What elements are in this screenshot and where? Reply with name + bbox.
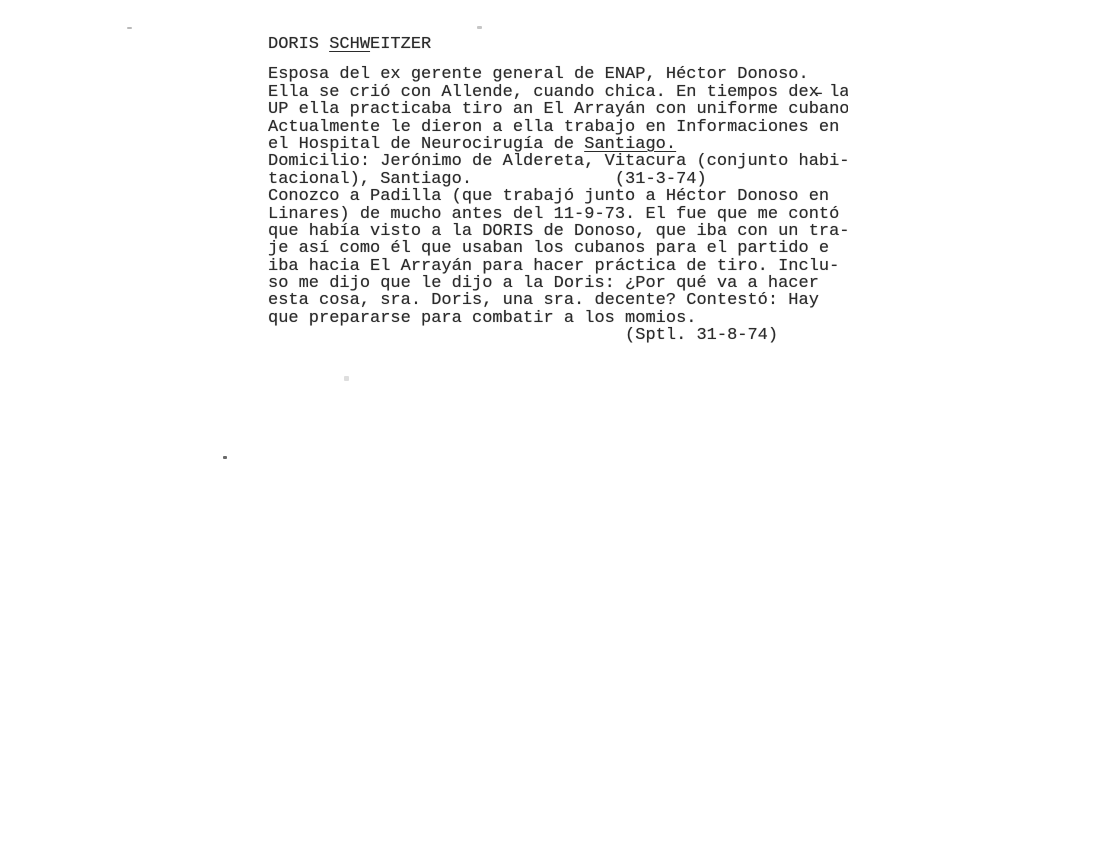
text-line: Actualmente le dieron a ella trabajo en … xyxy=(268,119,848,136)
text-line: iba hacia El Arrayán para hacer práctica… xyxy=(268,258,848,275)
title-text: DORIS xyxy=(268,36,329,54)
title-underlined-text: SCHW xyxy=(329,36,370,54)
text-line: Domicilio: Jerónimo de Aldereta, Vitacur… xyxy=(268,153,848,170)
text-line: je así como él que usaban los cubanos pa… xyxy=(268,240,848,257)
text-line: tacional), Santiago. (31-3-74) xyxy=(268,171,848,188)
text-line: Esposa del ex gerente general de ENAP, H… xyxy=(268,66,848,83)
scan-speck xyxy=(477,26,482,29)
text-segment: el Hospital de Neurocirugía de xyxy=(268,135,584,154)
title-text-rest: EITZER xyxy=(370,36,431,54)
text-line: el Hospital de Neurocirugía de Santiago. xyxy=(268,136,848,153)
text-line: que había visto a la DORIS de Donoso, qu… xyxy=(268,223,848,240)
text-line: UP ella practicaba tiro an El Arrayán co… xyxy=(268,101,848,118)
text-line: so me dijo que le dijo a la Doris: ¿Por … xyxy=(268,275,848,292)
text-line: Linares) de mucho antes del 11-9-73. El … xyxy=(268,206,848,223)
underlined-text: Santiago. xyxy=(584,135,676,154)
document-title: DORIS SCHWEITZER xyxy=(268,36,848,53)
text-line: esta cosa, sra. Doris, una sra. decente?… xyxy=(268,292,848,309)
scanned-document-page: DORIS SCHWEITZER Esposa del ex gerente g… xyxy=(0,0,1100,850)
scan-speck xyxy=(223,456,227,459)
text-line: Conozco a Padilla (que trabajó junto a H… xyxy=(268,188,848,205)
scan-speck xyxy=(344,376,349,381)
document-body: Esposa del ex gerente general de ENAP, H… xyxy=(268,66,848,344)
document-text-block: DORIS SCHWEITZER Esposa del ex gerente g… xyxy=(268,36,848,345)
text-line: que prepararse para combatir a los momio… xyxy=(268,310,848,327)
text-line: Ella se crió con Allende, cuando chica. … xyxy=(268,84,848,101)
text-line: (Sptl. 31-8-74) xyxy=(268,327,848,344)
scan-speck xyxy=(127,27,132,29)
